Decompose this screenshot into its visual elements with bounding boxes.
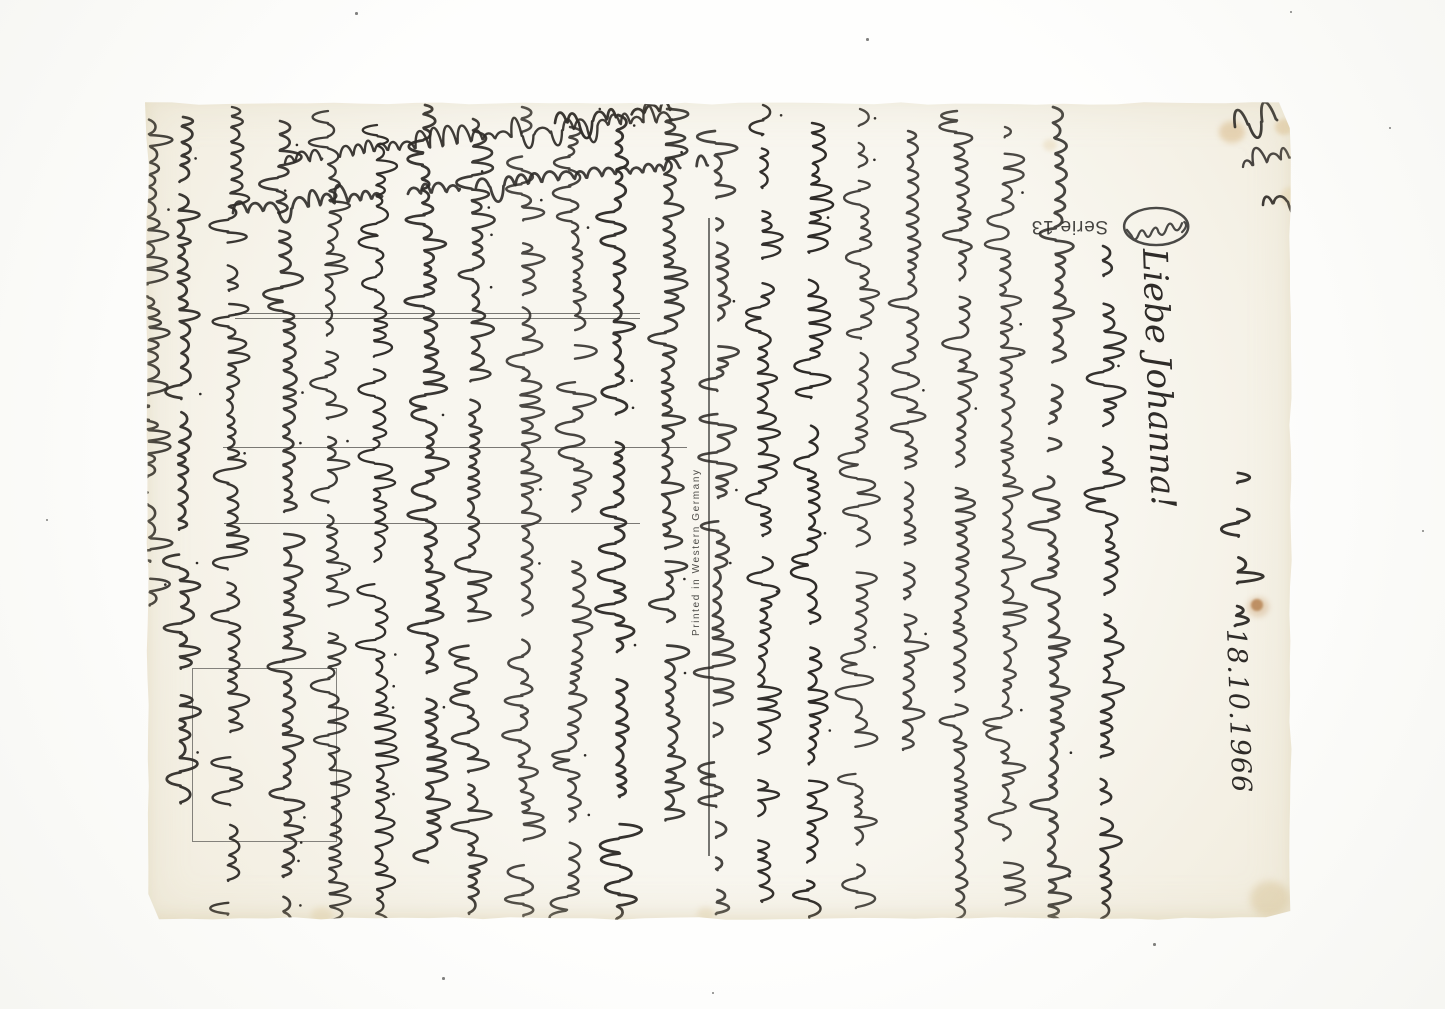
dust-speck (866, 38, 869, 41)
dust-speck (1389, 127, 1391, 129)
handwriting-line (231, 145, 709, 229)
dust-speck (442, 977, 445, 980)
dust-speck (1422, 530, 1424, 532)
postcard-back: Printed in Western Germany Serie 13 Lieb… (145, 101, 1293, 921)
dust-speck (1290, 11, 1292, 13)
handwriting-line (1260, 176, 1293, 221)
dust-speck (355, 12, 358, 15)
dust-speck (46, 519, 48, 521)
handwriting-line (1231, 101, 1293, 142)
dust-speck (1153, 943, 1156, 946)
cross-writing-layer (145, 101, 1293, 921)
dust-speck (712, 992, 714, 994)
handwriting-line (1240, 132, 1293, 169)
scan-photo: { "photo": { "background_color": "#fcfcf… (0, 0, 1445, 1009)
